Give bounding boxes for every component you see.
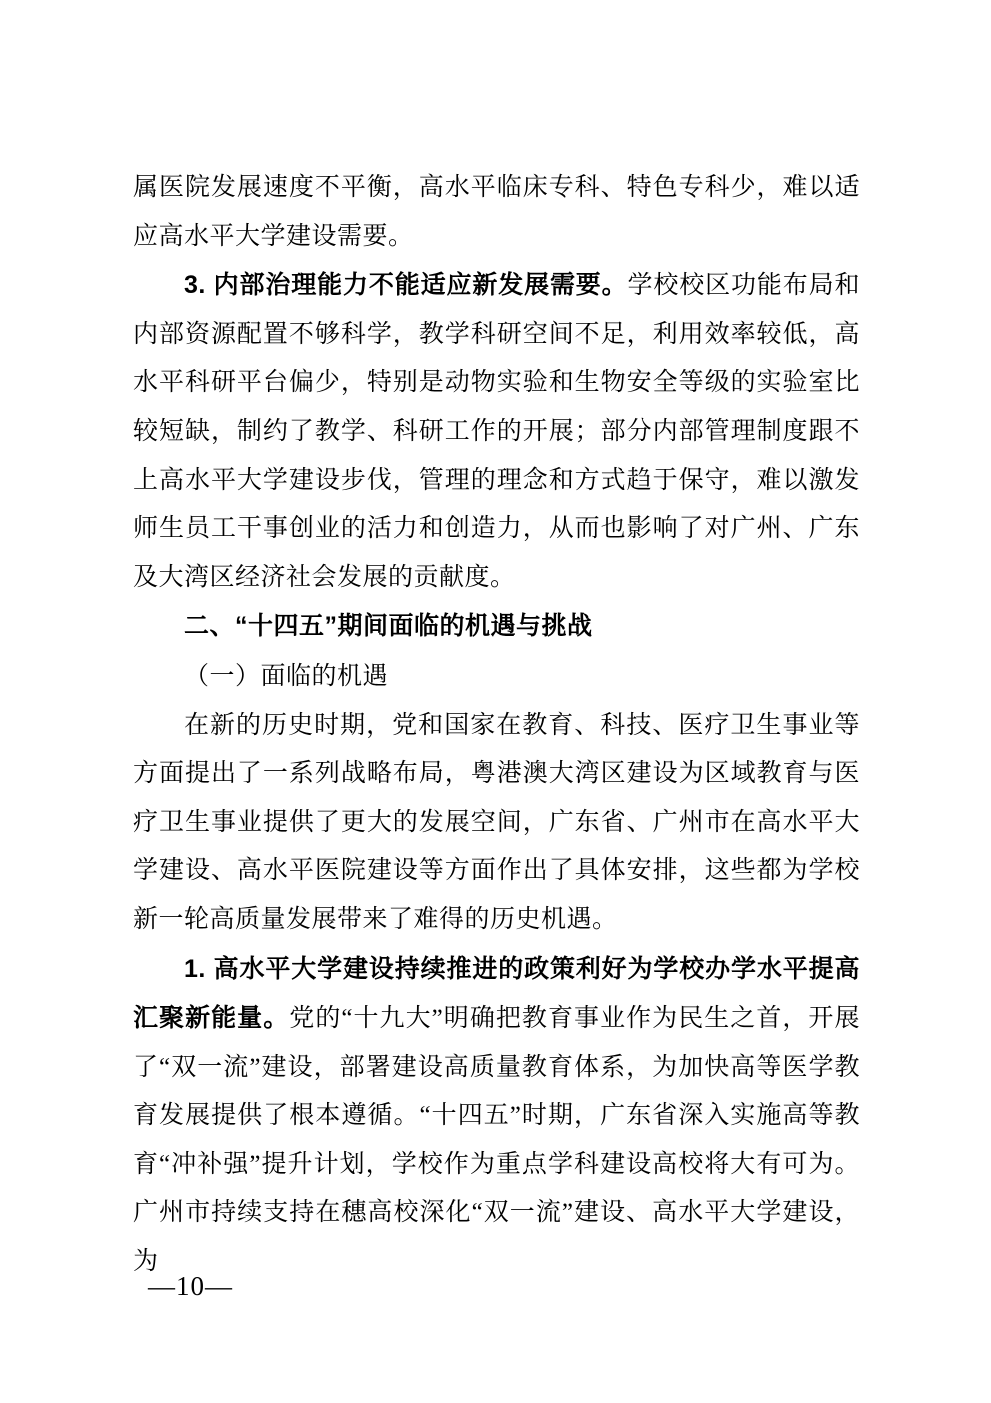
emphasis-run: 3. 内部治理能力不能适应新发展需要。 [184,271,628,299]
text-run: 学校校区功能布局和内部资源配置不够科学，教学科研空间不足，利用效率较低，高水平科… [133,272,860,591]
sub-heading: （一）面临的机遇 [133,652,860,702]
page-number: —10— [148,1271,233,1302]
text-run: （一）面临的机遇 [184,661,388,690]
document-page: 属医院发展速度不平衡，高水平临床专科、特色专科少，难以适应高水平大学建设需要。3… [0,0,991,1403]
body-paragraph: 1. 高水平大学建设持续推进的政策利好为学校办学水平提高汇聚新能量。党的“十九大… [133,945,860,1287]
text-run: 属医院发展速度不平衡，高水平临床专科、特色专科少，难以适应高水平大学建设需要。 [133,174,860,250]
body-paragraph: 属医院发展速度不平衡，高水平临床专科、特色专科少，难以适应高水平大学建设需要。 [133,164,860,261]
text-run: 党的“十九大”明确把教育事业作为民生之首，开展了“双一流”建设，部署建设高质量教… [133,1005,860,1275]
document-body: 属医院发展速度不平衡，高水平临床专科、特色专科少，难以适应高水平大学建设需要。3… [133,164,860,1287]
body-paragraph: 3. 内部治理能力不能适应新发展需要。学校校区功能布局和内部资源配置不够科学，教… [133,261,860,602]
text-run: 在新的历史时期，党和国家在教育、科技、医疗卫生事业等方面提出了一系列战略布局，粤… [133,712,860,933]
emphasis-run: 二、“十四五”期间面临的机遇与挑战 [184,612,593,640]
body-paragraph: 在新的历史时期，党和国家在教育、科技、医疗卫生事业等方面提出了一系列战略布局，粤… [133,702,860,945]
section-heading: 二、“十四五”期间面临的机遇与挑战 [133,602,860,652]
